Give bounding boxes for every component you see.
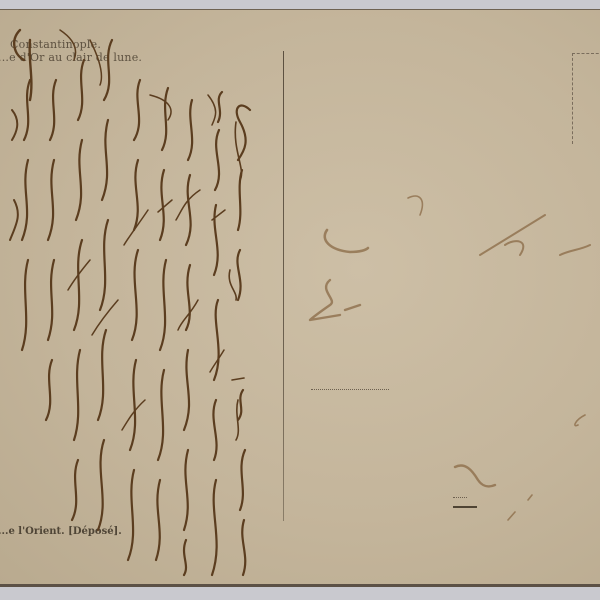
handwritten-address xyxy=(0,0,600,600)
